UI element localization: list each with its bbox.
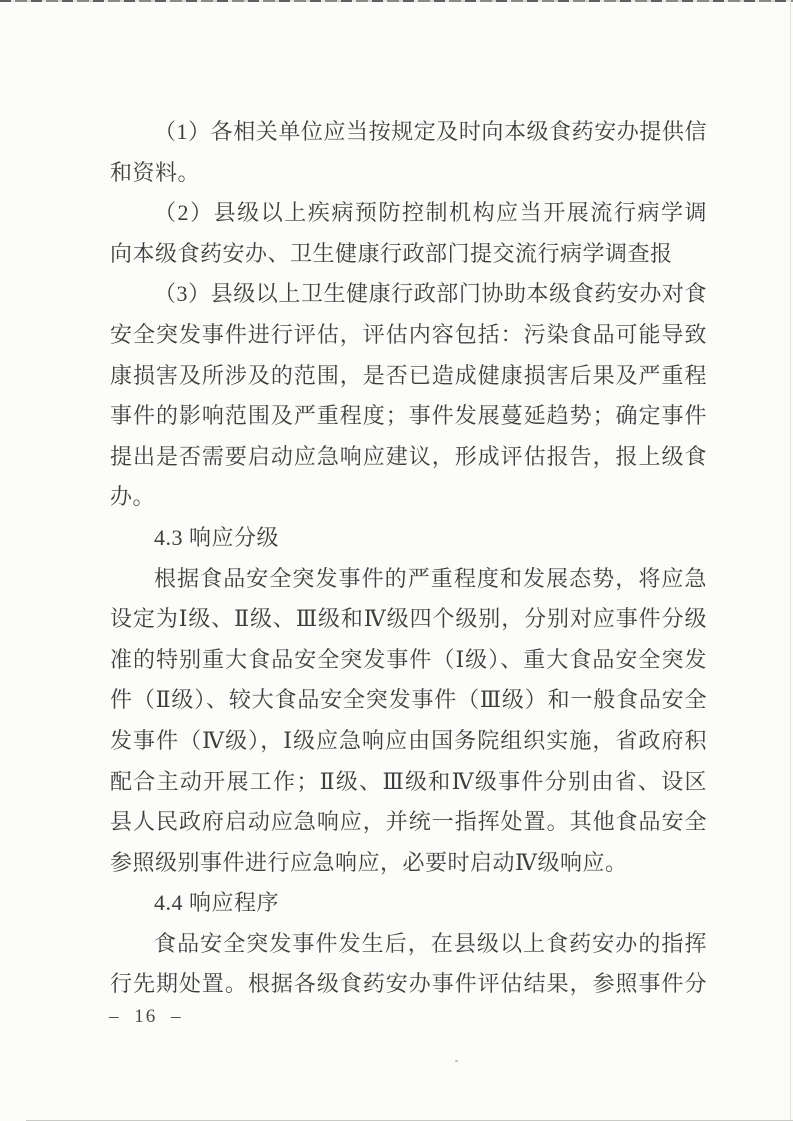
text-line: 参照级别事件进行应急响应，必要时启动Ⅳ级响应。 — [110, 843, 707, 884]
text-line: 行先期处置。根据各级食药安办事件评估结果，参照事件分级标 — [110, 964, 707, 1005]
text-line: 安全突发事件进行评估，评估内容包括：污染食品可能导致的健 — [110, 315, 707, 356]
section-heading: 4.3 响应分级 — [110, 518, 707, 559]
text-block: （1）各相关单位应当按规定及时向本级食药安办提供信息和资料。（2）县级以上疾病预… — [110, 112, 707, 1005]
text-line: 提出是否需要启动应急响应建议，形成评估报告，报上级食药安 — [110, 437, 707, 478]
text-line: 发事件（Ⅳ级），Ⅰ级应急响应由国务院组织实施，省政府积极 — [110, 721, 707, 762]
text-line: （1）各相关单位应当按规定及时向本级食药安办提供信息 — [110, 112, 707, 153]
text-line: 向本级食药安办、卫生健康行政部门提交流行病学调查报告。 — [110, 234, 707, 275]
text-line: 办。 — [110, 477, 707, 518]
text-line: 准的特别重大食品安全突发事件（Ⅰ级）、重大食品安全突发事 — [110, 640, 707, 681]
text-line: 事件的影响范围及严重程度；事件发展蔓延趋势；确定事件级别， — [110, 396, 707, 437]
text-line: 食品安全突发事件发生后，在县级以上食药安办的指挥下进 — [110, 924, 707, 965]
scan-speck — [455, 1060, 458, 1062]
text-line: 根据食品安全突发事件的严重程度和发展态势，将应急响应 — [110, 559, 707, 600]
text-line: 设定为Ⅰ级、Ⅱ级、Ⅲ级和Ⅳ级四个级别，分别对应事件分级标 — [110, 599, 707, 640]
section-heading: 4.4 响应程序 — [110, 883, 707, 924]
text-line: 和资料。 — [110, 153, 707, 194]
text-line: 件（Ⅱ级）、较大食品安全突发事件（Ⅲ级）和一般食品安全突 — [110, 680, 707, 721]
text-line: 配合主动开展工作；Ⅱ级、Ⅲ级和Ⅳ级事件分别由省、设区市、 — [110, 762, 707, 803]
text-line: （3）县级以上卫生健康行政部门协助本级食药安办对食品 — [110, 274, 707, 315]
scan-edge-top-artifact — [0, 0, 793, 2]
scanned-document-page: （1）各相关单位应当按规定及时向本级食药安办提供信息和资料。（2）县级以上疾病预… — [0, 0, 793, 1121]
page-number: – 16 – — [109, 1002, 183, 1032]
scan-edge-right-artifact — [790, 0, 792, 1121]
text-line: 县人民政府启动应急响应，并统一指挥处置。其他食品安全事件 — [110, 802, 707, 843]
text-line: 康损害及所涉及的范围，是否已造成健康损害后果及严重程度； — [110, 356, 707, 397]
text-line: （2）县级以上疾病预防控制机构应当开展流行病学调查， — [110, 193, 707, 234]
